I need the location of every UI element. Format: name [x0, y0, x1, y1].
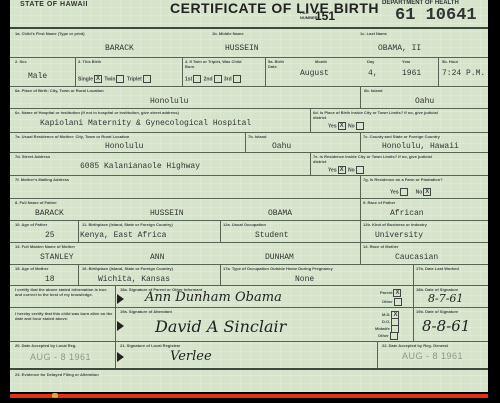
mother-birthplace: Wichita, Kansas [98, 275, 170, 284]
row-mother-name: 13. Full Maiden Name of Mother STANLEY A… [10, 242, 488, 265]
first-born-label: 1st [185, 76, 192, 82]
local-registrar-signature: Verlee [170, 349, 212, 364]
residence-inside-city-yes-checkbox: X [338, 166, 346, 174]
md-label: M.D. [382, 312, 390, 317]
birth-month: August [300, 69, 329, 78]
child-sex: Male [28, 72, 47, 81]
father-occupation: Student [255, 231, 289, 240]
attendant-certify-text: I hereby certify that this child was bor… [15, 311, 113, 321]
child-first-name: BARACK [105, 44, 134, 53]
father-middle-name: HUSSEIN [150, 209, 184, 218]
attendant-signature-label: 19a. Signature of Attendant [120, 309, 172, 314]
father-birthplace-label: 11. Birthplace (Island, State or Foreign… [82, 222, 173, 227]
sex-label: 2. Sex [15, 59, 27, 64]
birth-inside-city-no-checkbox [356, 122, 364, 130]
mother-last-name: DUNHAM [265, 253, 294, 262]
row-mailing: 7f. Mother's Mailing Address 7g. Is Resi… [10, 175, 488, 199]
attendant-date-label: 19b. Date of Signature [416, 309, 458, 314]
triplet-label: Triplet [127, 76, 142, 82]
residence-county: Honolulu, Hawaii [382, 142, 459, 151]
parent-signature-date: 8-7-61 [428, 292, 463, 305]
single-label: Single [78, 76, 93, 82]
birth-inside-city-yes-checkbox: X [338, 122, 346, 130]
row-parent-signature: I certify that the above stated informat… [10, 285, 488, 308]
no-label: No [348, 123, 355, 129]
father-occupation-label: 12a. Usual Occupation [223, 222, 266, 227]
child-middle-name: HUSSEIN [225, 44, 259, 53]
twin-checkbox [116, 75, 124, 83]
arrow-icon [117, 294, 124, 304]
twin-label: Twin [104, 76, 115, 82]
third-born-checkbox [233, 75, 241, 83]
local-reg-date-stamp: AUG - 8 1961 [30, 352, 91, 362]
residence-inside-city-label: 7e. Is Residence Inside City or Town Lim… [313, 154, 443, 164]
local-registrar-label: 21. Signature of Local Registrar [120, 343, 180, 348]
certificate-title: CERTIFICATE OF LIVE BIRTH [170, 0, 379, 16]
yes-label: Yes [328, 167, 337, 173]
day-label: Day [367, 59, 374, 64]
residence-island: Oahu [272, 142, 291, 151]
mother-age: 18 [45, 275, 55, 284]
attendant-other-checkbox [390, 332, 398, 340]
row-street: 7d. Street Address 6085 Kalanianaole Hig… [10, 152, 488, 176]
date-last-worked-label: 17b. Date Last Worked [416, 266, 459, 271]
local-reg-date-label: 20. Date Accepted by Local Reg. [15, 343, 76, 348]
video-progress-handle[interactable] [52, 393, 58, 398]
birth-island: Oahu [415, 97, 434, 106]
child-last-name: OBAMA, II [378, 44, 421, 53]
father-age-label: 10. Age of Father [15, 222, 47, 227]
other-label: Other [382, 299, 393, 304]
reg-general-date-label: 22. Date Accepted by Reg. General [382, 343, 448, 348]
birth-certificate: STATE OF HAWAII CERTIFICATE OF LIVE BIRT… [10, 0, 488, 392]
video-progress-bar[interactable] [10, 394, 488, 398]
last-name-label: 1c. Last Name [360, 31, 387, 36]
mailing-address-label: 7f. Mother's Mailing Address [15, 177, 69, 182]
mother-occupation: None [295, 275, 314, 284]
father-business: University [375, 231, 423, 240]
residence-city: Honolulu [105, 142, 143, 151]
farm-label: 7g. Is Residence on a Farm or Plantation… [363, 177, 443, 182]
triplet-checkbox [143, 75, 151, 83]
arrow-icon [117, 352, 124, 362]
father-birthplace: Kenya, East Africa [80, 231, 166, 240]
father-last-name: OBAMA [268, 209, 292, 218]
row-registrar: 20. Date Accepted by Local Reg. AUG - 8 … [10, 341, 488, 370]
farm-yes-checkbox [400, 188, 408, 196]
other-checkbox [394, 298, 402, 306]
birth-hour: 7:24 P.M. [442, 69, 485, 78]
residence-city-label: 7a. Usual Residence of Mother: City, Tow… [15, 134, 129, 139]
file-number-label: FILE NUMBER [300, 10, 314, 20]
single-checkbox: X [94, 75, 102, 83]
residence-island-label: 7b. Island [248, 134, 266, 139]
no-label: No [416, 189, 423, 195]
row-attendant-signature: I hereby certify that this child was bor… [10, 307, 488, 342]
father-race: African [390, 209, 424, 218]
midwife-label: Midwife [375, 326, 390, 331]
attendant-signature: David A Sinclair [155, 317, 286, 336]
birth-city-label: 6a. Place of Birth: City, Town or Rural … [15, 88, 104, 93]
residence-inside-city-no-checkbox [356, 166, 364, 174]
this-birth-label: 3. This Birth [78, 59, 101, 64]
row-mother-details: 15. Age of Mother 18 16. Birthplace (Isl… [10, 264, 488, 286]
document-number: 61 10641 [395, 6, 477, 25]
father-first-name: BARACK [35, 209, 64, 218]
father-age: 25 [45, 231, 55, 240]
mother-race-label: 14. Race of Mother [363, 244, 399, 249]
do-label: D.O. [382, 319, 390, 324]
row-residence: 7a. Usual Residence of Mother: City, Tow… [10, 132, 488, 153]
farm-no-checkbox: X [423, 188, 431, 196]
mother-middle-name: ANN [150, 253, 164, 262]
file-number: 151 [315, 9, 335, 23]
yes-label: Yes [390, 189, 399, 195]
month-label: Month [315, 59, 327, 64]
birth-inside-city-label: 6d. Is Place of Birth Inside City or Tow… [313, 110, 443, 120]
certify-text: I certify that the above stated informat… [15, 287, 113, 297]
attendant-signature-date: 8-8-61 [422, 317, 470, 335]
first-name-label: 1a. Child's First Name (Type or print) [15, 31, 85, 36]
parent-label: Parent [380, 290, 392, 295]
row-hospital: 6c. Name of Hospital or Institution (If … [10, 108, 488, 133]
county-label: 7c. County and State or Foreign Country [363, 134, 440, 139]
birth-city: Honolulu [150, 97, 188, 106]
mother-race: Caucasian [395, 253, 438, 262]
arrow-icon [117, 321, 124, 331]
row-place-of-birth: 6a. Place of Birth: City, Town or Rural … [10, 86, 488, 109]
year-label: Year [402, 59, 410, 64]
birth-year: 1961 [402, 69, 421, 78]
hour-label: 5b. Hour [442, 59, 458, 64]
hospital-label: 6c. Name of Hospital or Institution (If … [15, 110, 179, 115]
father-race-label: 9. Race of Father [363, 200, 395, 205]
parent-checkbox: X [393, 289, 401, 297]
row-birth-details: 2. Sex Male 3. This Birth SingleX Twin T… [10, 57, 488, 87]
father-business-label: 12b. Kind of Business or Industry [363, 222, 427, 227]
attendant-other-label: Other [378, 333, 389, 338]
mother-age-label: 15. Age of Mother [15, 266, 48, 271]
third-born-label: 3rd [224, 76, 232, 82]
birth-day: 4, [368, 69, 378, 78]
state-label: STATE OF HAWAII [20, 1, 88, 8]
birth-island-label: 6b. Island [364, 88, 382, 93]
row-father-name: 8. Full Name of Father BARACK HUSSEIN OB… [10, 198, 488, 221]
row-child-name: 1a. Child's First Name (Type or print) B… [10, 29, 488, 58]
street-label: 7d. Street Address [15, 154, 50, 159]
evidence-label: 23. Evidence for Delayed Filing or Alter… [15, 372, 99, 377]
middle-name-label: 1b. Middle Name [212, 31, 244, 36]
yes-label: Yes [328, 123, 337, 129]
street-address: 6085 Kalanianaole Highway [80, 162, 200, 171]
parent-signature: Ann Dunham Obama [145, 290, 282, 305]
reg-general-date-stamp: AUG - 8 1961 [402, 351, 463, 361]
second-born-label: 2nd [204, 76, 213, 82]
twin-triplet-label: 4. If Twin or Triplet, Was Child Born [185, 59, 245, 69]
mother-name-label: 13. Full Maiden Name of Mother [15, 244, 75, 249]
mother-birthplace-label: 16. Birthplace (Island, State or Foreign… [82, 266, 173, 271]
hospital-name: Kapiolani Maternity & Gynecological Hosp… [40, 119, 251, 128]
father-name-label: 8. Full Name of Father [15, 200, 57, 205]
mother-occupation-label: 17a. Type of Occupation Outside Home Dur… [223, 266, 333, 271]
second-born-checkbox [214, 75, 222, 83]
mother-first-name: STANLEY [40, 253, 74, 262]
first-born-checkbox [193, 75, 201, 83]
birth-date-label: 5a. Birth Date [268, 59, 284, 69]
row-father-details: 10. Age of Father 25 11. Birthplace (Isl… [10, 220, 488, 243]
no-label: No [348, 167, 355, 173]
